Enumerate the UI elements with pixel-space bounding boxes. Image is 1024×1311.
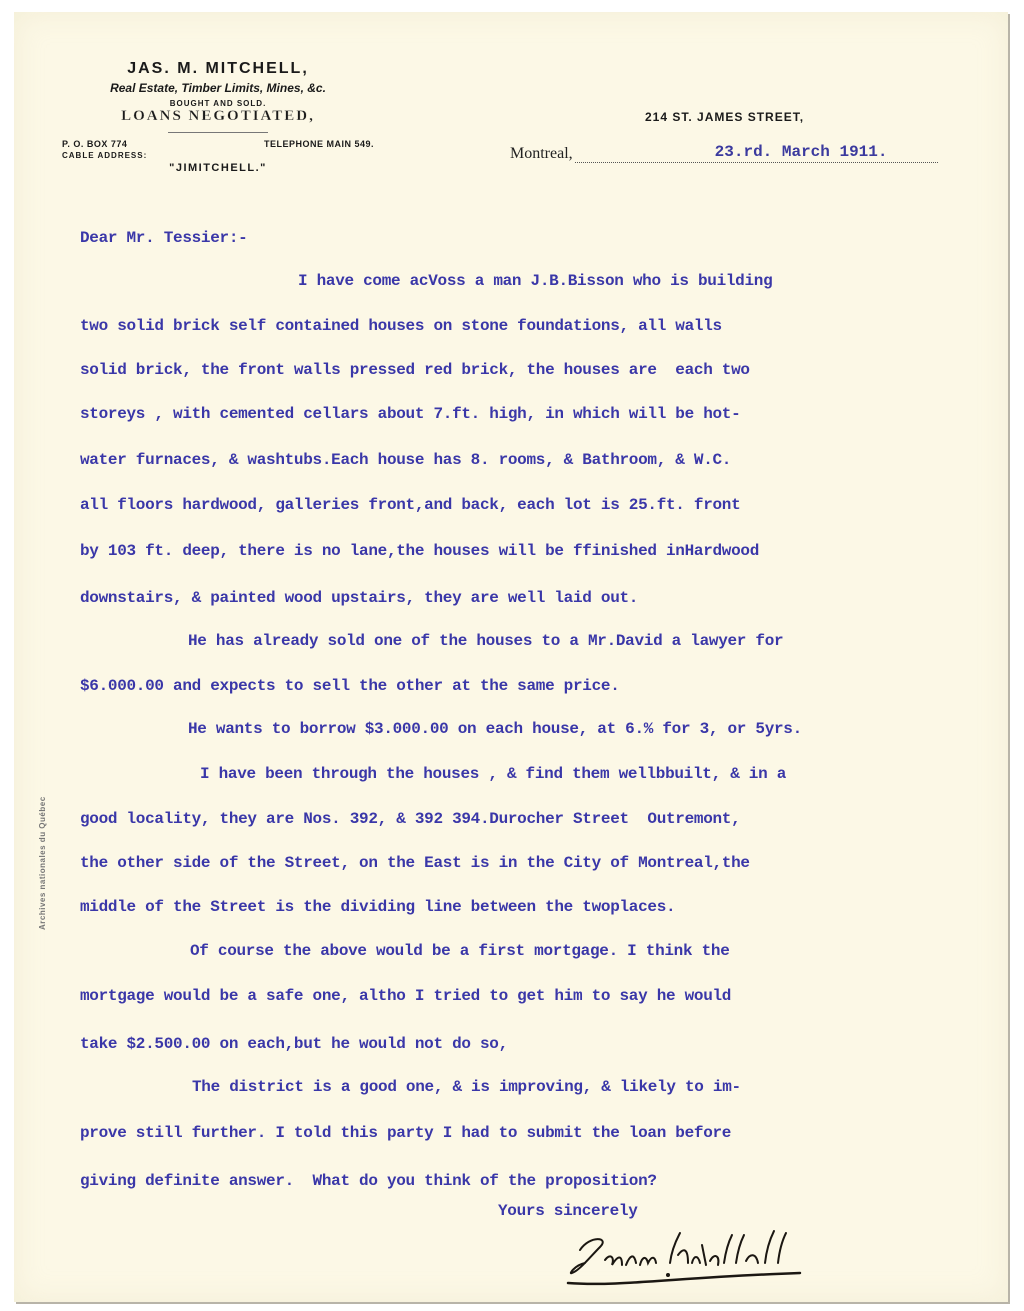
body-line: all floors hardwood, galleries front,and… bbox=[80, 496, 740, 514]
body-line: He has already sold one of the houses to… bbox=[188, 632, 783, 650]
body-line: I have been through the houses , & find … bbox=[200, 765, 786, 783]
letterhead-cable-label: CABLE ADDRESS: bbox=[58, 151, 378, 160]
body-line: Of course the above would be a first mor… bbox=[190, 942, 730, 960]
closing: Yours sincerely bbox=[498, 1202, 638, 1220]
letterhead-address: 214 ST. JAMES STREET, bbox=[645, 110, 804, 124]
body-line: $6.000.00 and expects to sell the other … bbox=[80, 677, 620, 695]
body-line: the other side of the Street, on the Eas… bbox=[80, 854, 750, 872]
body-line: water furnaces, & washtubs.Each house ha… bbox=[80, 451, 731, 469]
body-line: I have come acVoss a man J.B.Bisson who … bbox=[298, 272, 772, 290]
body-line: prove still further. I told this party I… bbox=[80, 1124, 731, 1142]
letterhead-loans: LOANS NEGOTIATED, bbox=[58, 108, 378, 125]
body-line: giving definite answer. What do you thin… bbox=[80, 1172, 657, 1190]
date-city: Montreal, bbox=[510, 145, 573, 163]
letterhead-name: JAS. M. MITCHELL, bbox=[58, 60, 378, 78]
date-line: Montreal, 23.rd. March 1911. bbox=[510, 144, 938, 163]
body-line: solid brick, the front walls pressed red… bbox=[80, 361, 750, 379]
archive-stamp: Archives nationales du Québec bbox=[38, 796, 47, 930]
letter-date: 23.rd. March 1911. bbox=[715, 143, 888, 161]
body-line: two solid brick self contained houses on… bbox=[80, 317, 722, 335]
letter-page bbox=[14, 12, 1008, 1302]
body-line: take $2.500.00 on each,but he would not … bbox=[80, 1035, 508, 1053]
letterhead-contact-row: P. O. BOX 774 TELEPHONE MAIN 549. bbox=[58, 139, 378, 149]
letterhead-left: JAS. M. MITCHELL, Real Estate, Timber Li… bbox=[58, 60, 378, 174]
letterhead-cable-value: "JIMITCHELL." bbox=[58, 162, 378, 174]
body-line: good locality, they are Nos. 392, & 392 … bbox=[80, 810, 740, 828]
letterhead-trades: Real Estate, Timber Limits, Mines, &c. bbox=[58, 81, 378, 95]
date-dotted-line: 23.rd. March 1911. bbox=[575, 144, 938, 163]
signature bbox=[560, 1225, 830, 1295]
body-line: mortgage would be a safe one, altho I tr… bbox=[80, 987, 731, 1005]
body-line: downstairs, & painted wood upstairs, the… bbox=[80, 589, 638, 607]
body-line: by 103 ft. deep, there is no lane,the ho… bbox=[80, 542, 759, 560]
body-line: The district is a good one, & is improvi… bbox=[192, 1078, 741, 1096]
letterhead-po-box: P. O. BOX 774 bbox=[62, 139, 127, 149]
letterhead-divider bbox=[168, 132, 268, 133]
letterhead-telephone: TELEPHONE MAIN 549. bbox=[264, 139, 374, 149]
body-line: storeys , with cemented cellars about 7.… bbox=[80, 405, 740, 423]
salutation: Dear Mr. Tessier:- bbox=[80, 229, 247, 247]
body-line: He wants to borrow $3.000.00 on each hou… bbox=[188, 720, 802, 738]
letterhead-bought-sold: BOUGHT AND SOLD. bbox=[58, 99, 378, 108]
body-line: middle of the Street is the dividing lin… bbox=[80, 898, 675, 916]
